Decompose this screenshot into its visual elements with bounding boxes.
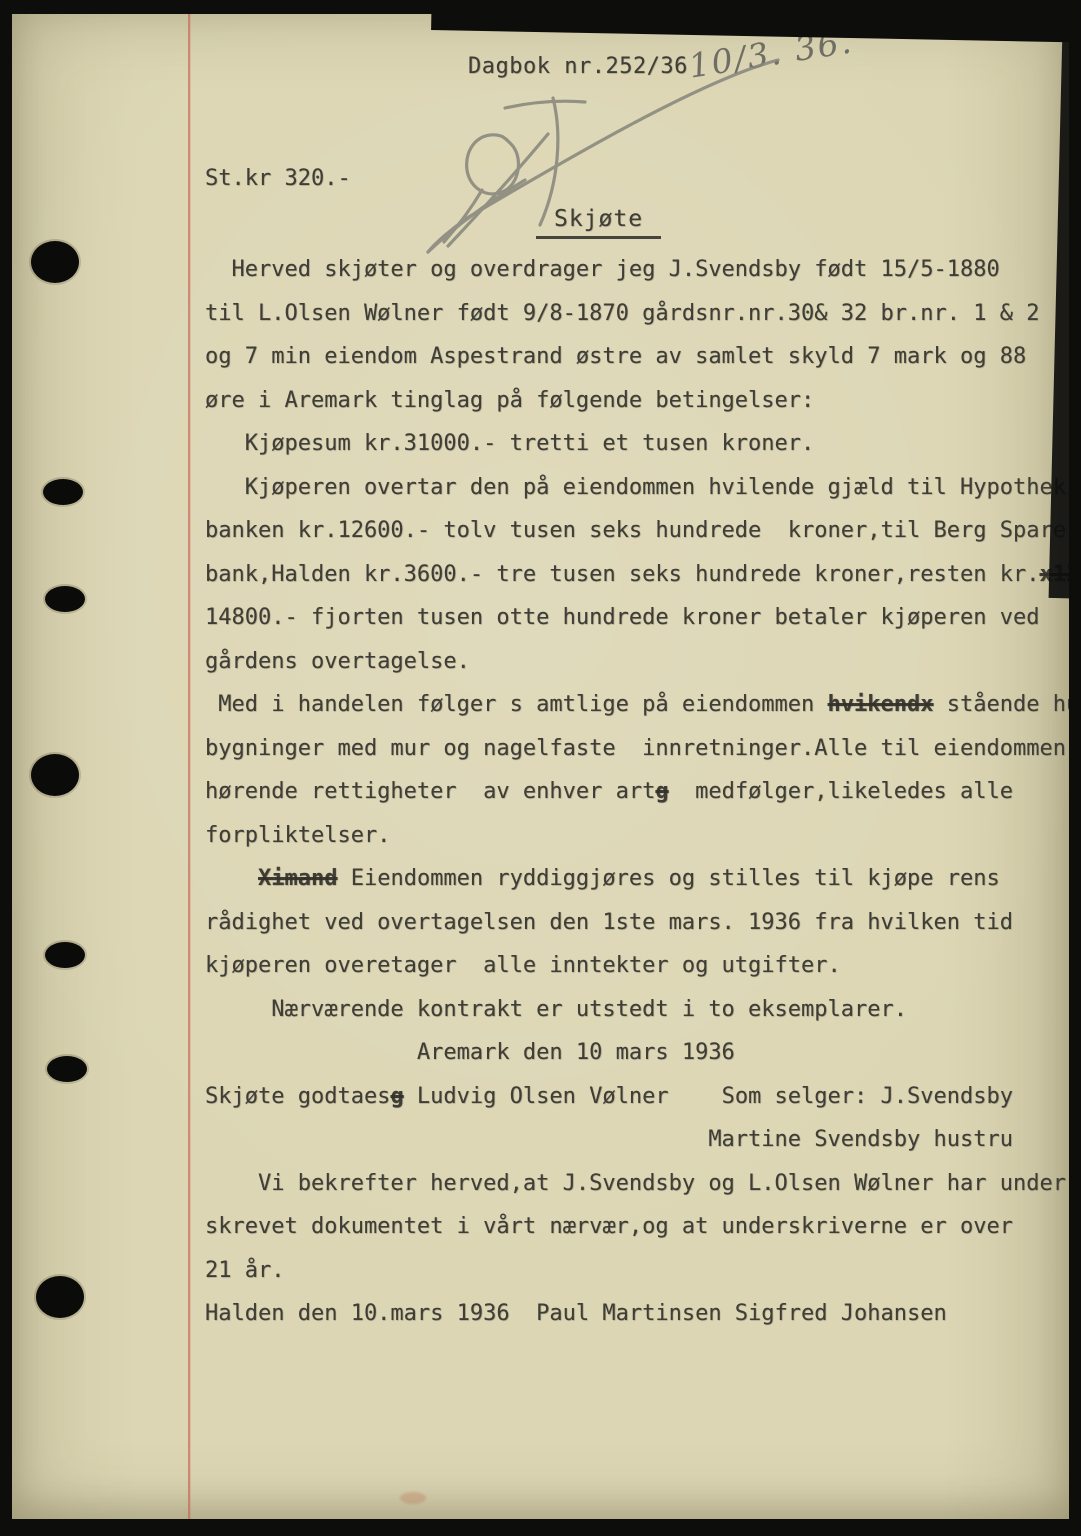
- paper-stain: [400, 1492, 426, 1504]
- document-line: Halden den 10.mars 1936 Paul Martinsen S…: [205, 1292, 1069, 1336]
- document-line: Martine Svendsby hustru: [205, 1118, 1069, 1162]
- document-line: Ximand Eiendommen ryddiggjøres og stille…: [205, 857, 1069, 901]
- margin-rule: [188, 14, 190, 1519]
- document-line: Med i handelen følger s amtlige på eiend…: [205, 683, 1069, 727]
- document-line: til L.Olsen Wølner født 9/8-1870 gårdsnr…: [205, 292, 1069, 336]
- punch-hole: [31, 241, 79, 283]
- document-line: Nærværende kontrakt er utstedt i to ekse…: [205, 988, 1069, 1032]
- document-line: forpliktelser.: [205, 814, 1069, 858]
- document-page: Dagbok nr.252/36 10/3. 36. St.kr 320.- S…: [12, 14, 1069, 1519]
- document-line: banken kr.12600.- tolv tusen seks hundre…: [205, 509, 1069, 553]
- punch-hole: [45, 586, 85, 612]
- document-line: Vi bekrefter herved,at J.Svendsby og L.O…: [205, 1162, 1069, 1206]
- document-line: 21 år.: [205, 1249, 1069, 1293]
- document-line: gårdens overtagelse.: [205, 640, 1069, 684]
- punch-hole: [36, 1276, 84, 1318]
- punch-hole: [31, 754, 79, 796]
- document-line: og 7 min eiendom Aspestrand østre av sam…: [205, 335, 1069, 379]
- document-line: Kjøperen overtar den på eiendommen hvile…: [205, 466, 1069, 510]
- document-line: rådighet ved overtagelsen den 1ste mars.…: [205, 901, 1069, 945]
- journal-entry-number: Dagbok nr.252/36: [468, 54, 688, 79]
- punch-hole: [43, 479, 83, 505]
- scan-background: { "page": { "journal_entry": "Dagbok nr.…: [0, 0, 1081, 1536]
- document-line: skrevet dokumentet i vårt nærvær,og at u…: [205, 1205, 1069, 1249]
- document-line: 14800.- fjorten tusen otte hundrede kron…: [205, 596, 1069, 640]
- document-title: Skjøte: [536, 206, 661, 239]
- document-line: bank,Halden kr.3600.- tre tusen seks hun…: [205, 553, 1069, 597]
- document-line: bygninger med mur og nagelfaste innretni…: [205, 727, 1069, 771]
- document-line: kjøperen overetager alle inntekter og ut…: [205, 944, 1069, 988]
- punch-hole: [47, 1056, 87, 1082]
- document-line: Aremark den 10 mars 1936: [205, 1031, 1069, 1075]
- document-body: Herved skjøter og overdrager jeg J.Svend…: [205, 248, 1069, 1336]
- document-line: hørende rettigheter av enhver artg medfø…: [205, 770, 1069, 814]
- stamp-fee: St.kr 320.-: [205, 166, 351, 191]
- document-line: Kjøpesum kr.31000.- tretti et tusen kron…: [205, 422, 1069, 466]
- punch-hole: [45, 942, 85, 968]
- document-line: Skjøte godtaesg Ludvig Olsen Vølner Som …: [205, 1075, 1069, 1119]
- document-line: Herved skjøter og overdrager jeg J.Svend…: [205, 248, 1069, 292]
- document-line: øre i Aremark tinglag på følgende beting…: [205, 379, 1069, 423]
